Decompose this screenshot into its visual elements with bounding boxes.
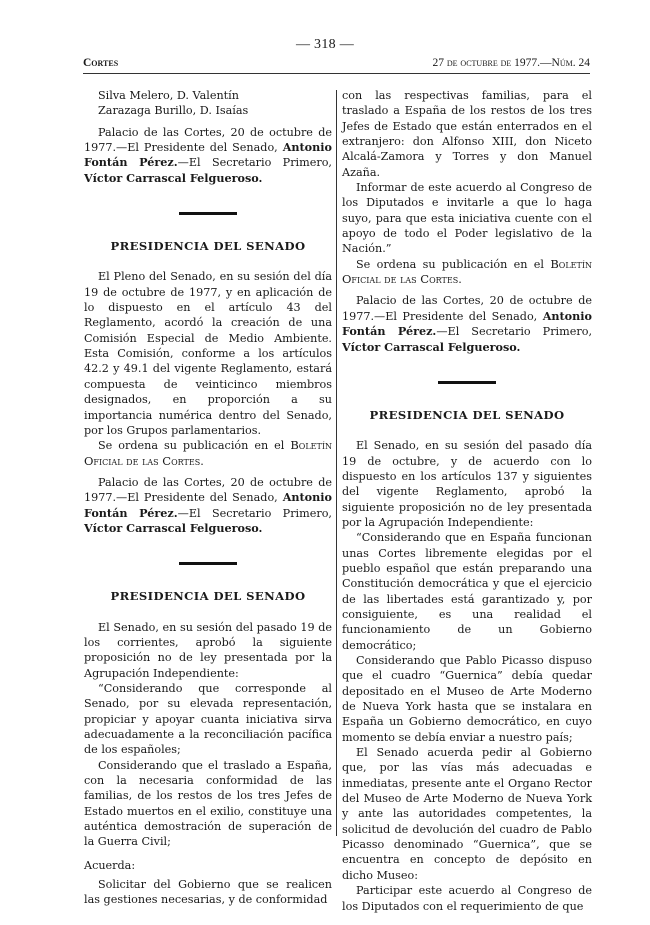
paragraph: Informar de este acuerdo al Congreso de … bbox=[342, 180, 592, 257]
signature-block: Palacio de las Cortes, 20 de octubre de … bbox=[342, 293, 592, 354]
signature-block: Palacio de las Cortes, 20 de octubre de … bbox=[84, 475, 332, 536]
secretary-name: Víctor Carrascal Felgueroso. bbox=[84, 171, 262, 185]
paragraph: Considerando que el traslado a España, c… bbox=[84, 758, 332, 850]
section-heading: PRESIDENCIA DEL SENADO bbox=[84, 239, 332, 254]
publication-order: Se ordena su publicación en el Boletín O… bbox=[342, 257, 592, 288]
publication-order: Se ordena su publicación en el Boletín O… bbox=[84, 438, 332, 469]
left-column: Silva Melero, D. Valentín Zarazaga Buril… bbox=[84, 88, 332, 908]
name-line: Zarazaga Burillo, D. Isaías bbox=[84, 103, 332, 118]
section-separator bbox=[179, 562, 237, 565]
secretary-name: Víctor Carrascal Felgueroso. bbox=[342, 340, 520, 354]
page-number: — 318 — bbox=[0, 37, 650, 53]
paragraph: Participar este acuerdo al Congreso de l… bbox=[342, 883, 592, 914]
acuerda-label: Acuerda: bbox=[84, 858, 332, 873]
paragraph: Considerando que Pablo Picasso dispuso q… bbox=[342, 653, 592, 745]
signature-block: Palacio de las Cortes, 20 de octubre de … bbox=[84, 125, 332, 186]
header-rule bbox=[83, 73, 590, 74]
paragraph: El Senado, en su sesión del pasado 19 de… bbox=[84, 620, 332, 681]
section-heading: PRESIDENCIA DEL SENADO bbox=[342, 408, 592, 423]
name-line: Silva Melero, D. Valentín bbox=[84, 88, 332, 103]
paragraph: “Considerando que en España funcionan un… bbox=[342, 530, 592, 653]
paragraph-continued: con las respectivas familias, para el tr… bbox=[342, 88, 592, 180]
section-separator bbox=[179, 212, 237, 215]
paragraph: “Considerando que corresponde al Senado,… bbox=[84, 681, 332, 758]
running-head: Cortes 27 de octubre de 1977.—Núm. 24 bbox=[83, 57, 590, 71]
section-heading: PRESIDENCIA DEL SENADO bbox=[84, 589, 332, 604]
column-divider bbox=[336, 90, 337, 836]
paragraph: El Senado acuerda pedir al Gobierno que,… bbox=[342, 745, 592, 883]
running-head-left: Cortes bbox=[83, 57, 118, 69]
running-head-right: 27 de octubre de 1977.—Núm. 24 bbox=[433, 57, 591, 69]
paragraph: El Senado, en su sesión del pasado día 1… bbox=[342, 438, 592, 530]
paragraph: Solicitar del Gobierno que se realicen l… bbox=[84, 877, 332, 908]
right-column: con las respectivas familias, para el tr… bbox=[342, 88, 592, 914]
paragraph: El Pleno del Senado, en su sesión del dí… bbox=[84, 269, 332, 438]
secretary-name: Víctor Carrascal Felgueroso. bbox=[84, 521, 262, 535]
section-separator bbox=[438, 381, 496, 384]
